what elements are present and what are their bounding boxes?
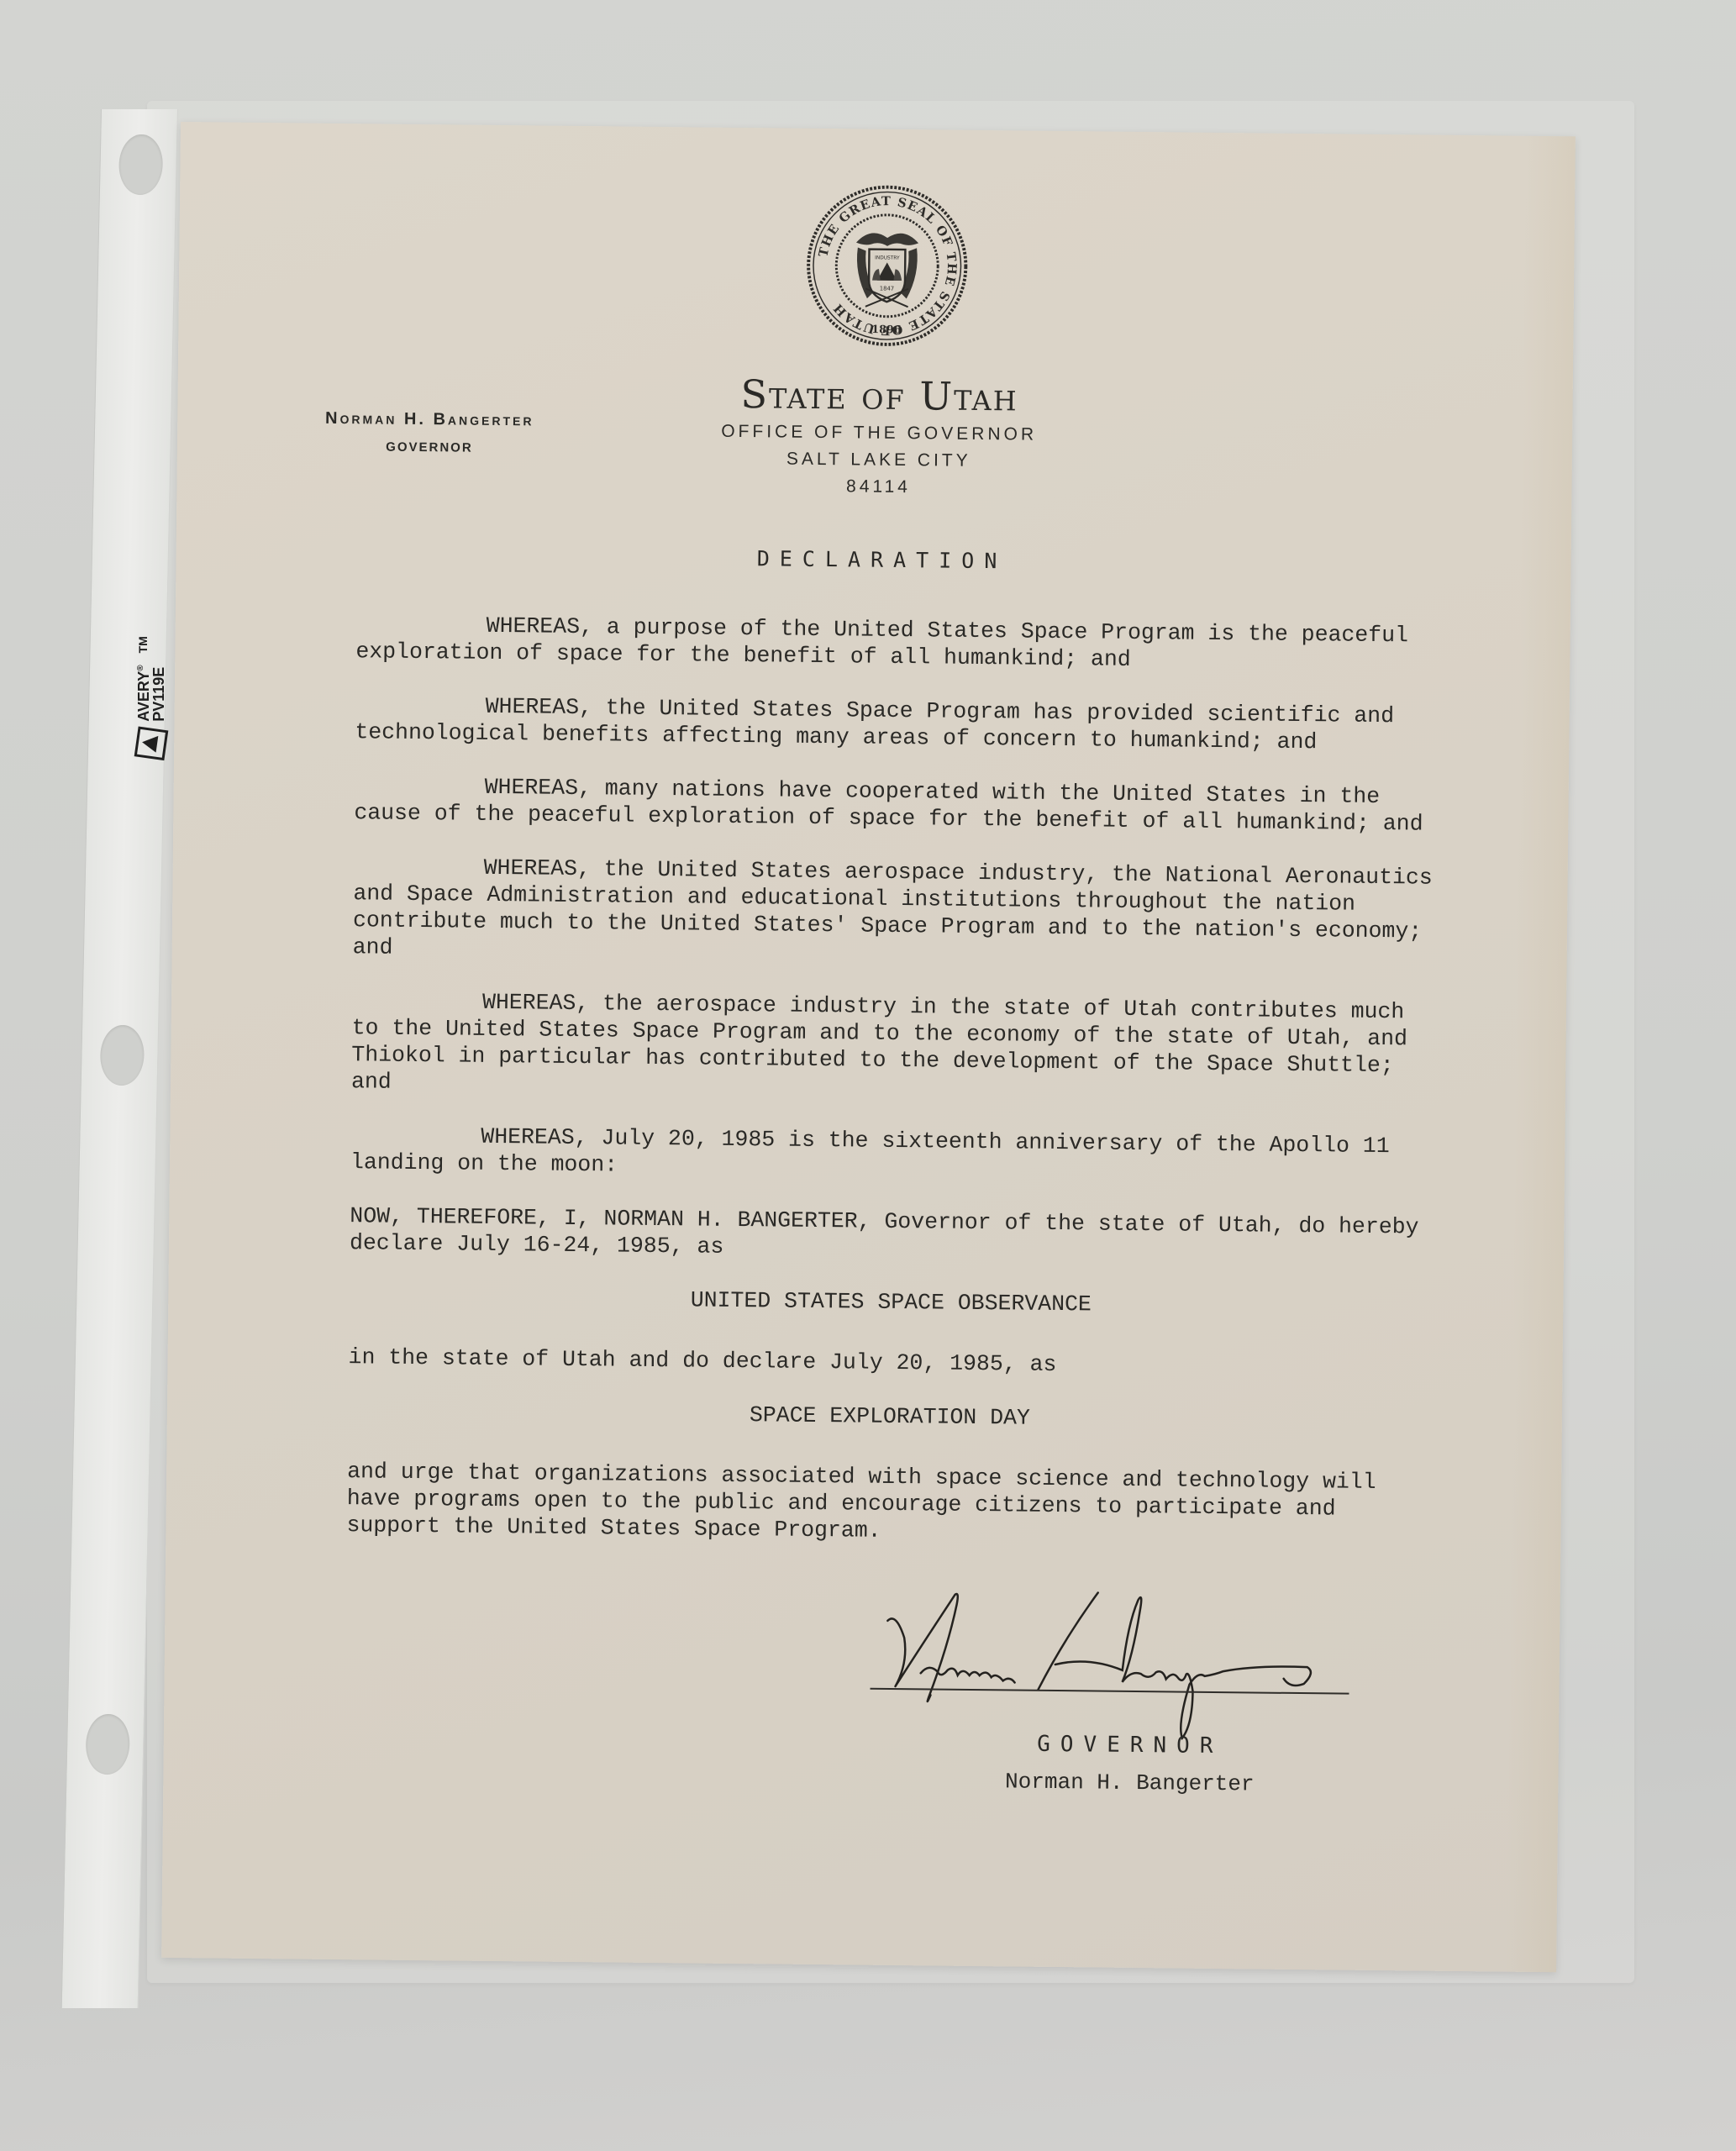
observance-title: UNITED STATES SPACE OBSERVANCE (349, 1283, 1433, 1322)
binder-hole (100, 1025, 145, 1086)
office-zip: 84114 (676, 475, 1080, 499)
avery-logo-icon (134, 726, 169, 760)
whereas-clause: WHEREAS, many nations have cooperated wi… (354, 772, 1439, 838)
whereas-clause: WHEREAS, July 20, 1985 is the sixteenth … (350, 1122, 1435, 1187)
binder-hole (85, 1714, 130, 1775)
svg-text:1847: 1847 (880, 285, 894, 292)
avery-trademark: TM (136, 636, 150, 653)
proclamation-clause: NOW, THEREFORE, I, NORMAN H. BANGERTER, … (350, 1202, 1434, 1268)
signature-title: GOVERNOR (1004, 1731, 1256, 1759)
svg-text:INDUSTRY: INDUSTRY (875, 255, 900, 260)
avery-product-code: PV119E (151, 665, 166, 721)
binder-hole (118, 134, 164, 195)
office-name: OFFICE OF THE GOVERNOR (677, 421, 1081, 445)
declaration-document: THE GREAT SEAL OF THE STATE OF UTAH 1896… (161, 122, 1576, 1972)
utah-state-seal-icon: THE GREAT SEAL OF THE STATE OF UTAH 1896… (804, 183, 970, 349)
signature-printed-name: Norman H. Bangerter (970, 1769, 1289, 1797)
whereas-clause: WHEREAS, the United States aerospace ind… (353, 853, 1438, 972)
closing-clause: and urge that organizations associated w… (346, 1458, 1431, 1550)
letterhead-governor-title: GOVERNOR (278, 439, 581, 456)
letterhead-governor-name: Norman H. Bangerter (278, 408, 581, 431)
declaration-body: WHEREAS, a purpose of the United States … (346, 611, 1440, 1576)
day-title: SPACE EXPLORATION DAY (348, 1397, 1432, 1436)
whereas-clause: WHEREAS, a purpose of the United States … (355, 611, 1440, 676)
avery-brand: AVERY® (136, 665, 151, 721)
document-heading: DECLARATION (680, 545, 1083, 574)
state-title: State of Utah (677, 371, 1081, 420)
second-declaration: in the state of Utah and do declare July… (348, 1344, 1432, 1382)
whereas-clause: WHEREAS, the aerospace industry in the s… (351, 987, 1436, 1107)
avery-brand-label: AVERY® PV119E TM (122, 613, 181, 781)
office-city: SALT LAKE CITY (677, 448, 1081, 472)
seal-year: 1896 (871, 323, 902, 335)
whereas-clause: WHEREAS, the United States Space Program… (355, 692, 1439, 757)
